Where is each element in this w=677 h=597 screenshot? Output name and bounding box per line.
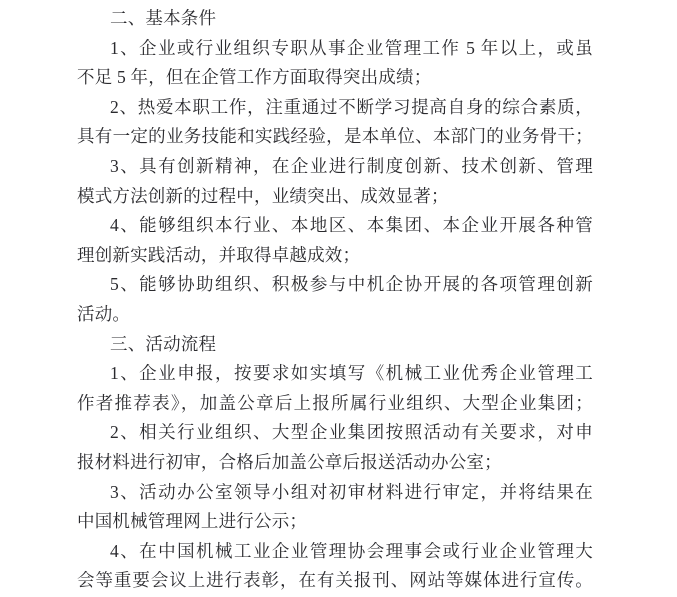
text-line: 2、相关行业组织、大型企业集团按照活动有关要求，对申	[77, 418, 593, 448]
text-line: 2、热爱本职工作，注重通过不断学习提高自身的综合素质，	[77, 93, 593, 123]
text-line: 1、企业申报，按要求如实填写《机械工业优秀企业管理工	[77, 359, 593, 389]
text-line: 中国机械管理网上进行公示；	[77, 507, 593, 537]
section-heading: 二、基本条件	[77, 4, 593, 34]
text-line: 1、企业或行业组织专职从事企业管理工作 5 年以上，或虽	[77, 34, 593, 64]
document-page: 二、基本条件 1、企业或行业组织专职从事企业管理工作 5 年以上，或虽 不足 5…	[0, 0, 677, 597]
text-line: 不足 5 年，但在企管工作方面取得突出成绩；	[77, 63, 593, 93]
text-line: 报材料进行初审，合格后加盖公章后报送活动办公室；	[77, 448, 593, 478]
text-line: 具有一定的业务技能和实践经验，是本单位、本部门的业务骨干；	[77, 122, 593, 152]
text-line: 活动。	[77, 300, 593, 330]
document-text-block: 二、基本条件 1、企业或行业组织专职从事企业管理工作 5 年以上，或虽 不足 5…	[77, 4, 593, 596]
text-line: 3、具有创新精神，在企业进行制度创新、技术创新、管理	[77, 152, 593, 182]
text-line: 3、活动办公室领导小组对初审材料进行审定，并将结果在	[77, 478, 593, 508]
section-heading: 三、活动流程	[77, 330, 593, 360]
text-line: 5、能够协助组织、积极参与中机企协开展的各项管理创新	[77, 270, 593, 300]
text-line: 4、在中国机械工业企业管理协会理事会或行业企业管理大	[77, 537, 593, 567]
text-line: 理创新实践活动，并取得卓越成效；	[77, 241, 593, 271]
text-line: 4、能够组织本行业、本地区、本集团、本企业开展各种管	[77, 211, 593, 241]
text-line: 模式方法创新的过程中，业绩突出、成效显著；	[77, 182, 593, 212]
text-line: 作者推荐表》，加盖公章后上报所属行业组织、大型企业集团；	[77, 389, 593, 419]
text-line: 会等重要会议上进行表彰，在有关报刊、网站等媒体进行宣传。	[77, 566, 593, 596]
